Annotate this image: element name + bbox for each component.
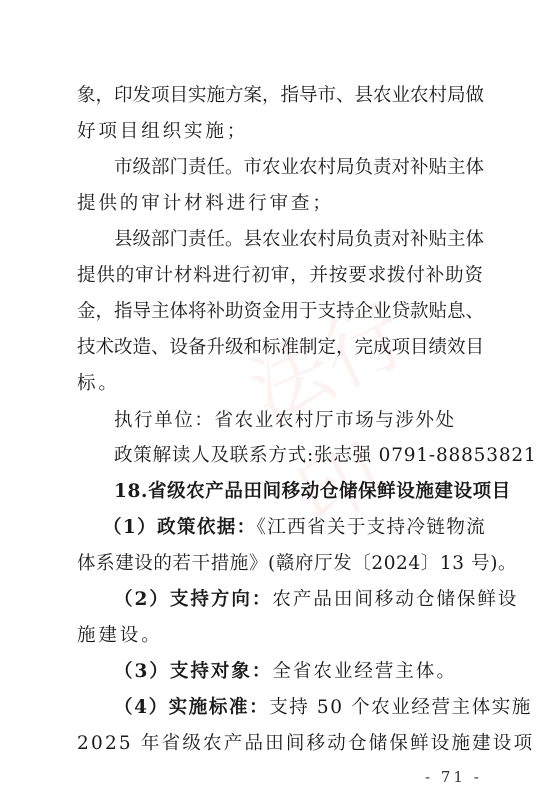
contact-name: 张志强: [314, 445, 372, 466]
page-number: - 71 -: [425, 768, 482, 786]
body-line: 金，指导主体将补助资金用于支持企业贷款贴息、: [77, 300, 483, 324]
item-label: （1）政策依据：: [103, 517, 257, 538]
section-heading: 18.省级农产品田间移动仓储保鲜设施建设项目: [114, 480, 520, 504]
executing-unit-value: 省农业农村厅市场与涉外处: [215, 410, 456, 431]
support-target: （3）支持对象：全省农业经营主体。: [114, 660, 483, 684]
body-line: 技术改造、设备升级和标准制定，完成项目绩效目: [77, 336, 483, 360]
implementation-standard: （4）实施标准：支持 50 个农业经营主体实施: [114, 696, 483, 720]
support-direction: （2）支持方向：农产品田间移动仓储保鲜设: [114, 588, 483, 612]
body-line: 象，印发项目实施方案，指导市、县农业农村局做: [77, 84, 483, 108]
item-label: （2）支持方向：: [114, 589, 272, 610]
item-label: （3）支持对象：: [114, 661, 272, 682]
contact-line: 政策解读人及联系方式:张志强 0791-88853821: [114, 444, 494, 468]
support-direction-continuation: 施建设。: [77, 624, 483, 648]
document-page: 法行印 象，印发项目实施方案，指导市、县农业农村局做 好项目组织实施； 市级部门…: [0, 0, 559, 793]
item-label: （4）实施标准：: [114, 697, 269, 718]
item-text: 支持 50 个农业经营主体实施: [269, 697, 532, 718]
policy-basis: （1）政策依据：《江西省关于支持冷链物流: [103, 516, 483, 540]
contact-label: 政策解读人及联系方式:: [114, 445, 314, 466]
body-line: 标。: [77, 372, 483, 396]
implementation-standard-continuation: 2025 年省级农产品田间移动仓储保鲜设施建设项: [77, 732, 483, 756]
body-line: 提供的审计材料进行审查；: [77, 192, 483, 216]
body-line: 提供的审计材料进行初审，并按要求拨付补助资: [77, 264, 483, 288]
executing-unit-label: 执行单位：: [114, 410, 215, 431]
policy-basis-continuation: 体系建设的若干措施》(赣府厅发〔2024〕13 号)。: [77, 552, 483, 576]
body-line: 县级部门责任。县农业农村局负责对补贴主体: [114, 228, 483, 252]
executing-unit: 执行单位：省农业农村厅市场与涉外处: [114, 409, 483, 433]
item-text: 农产品田间移动仓储保鲜设: [272, 589, 518, 610]
item-text: 《江西省关于支持冷链物流: [257, 517, 487, 538]
item-text: 全省农业经营主体。: [272, 661, 457, 682]
body-line: 市级部门责任。市农业农村局负责对补贴主体: [114, 156, 483, 180]
body-line: 好项目组织实施；: [77, 120, 483, 144]
contact-phone: 0791-88853821: [379, 445, 537, 466]
